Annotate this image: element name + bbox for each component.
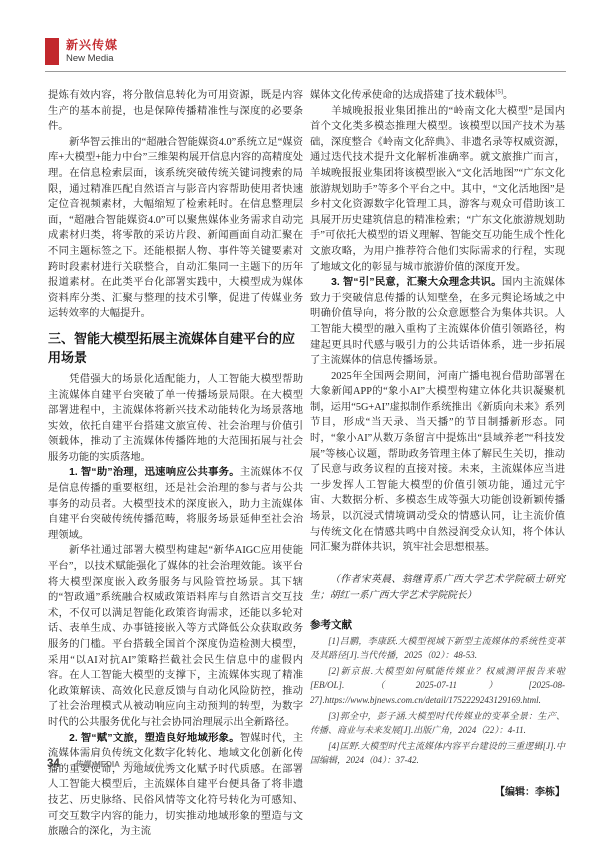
text-run: 新华社通过部署大模型构建起“新华AIGC应用使能平台”，以技术赋能强化了媒体的社… [48, 545, 303, 728]
paragraph: 新华社通过部署大模型构建起“新华AIGC应用使能平台”，以技术赋能强化了媒体的社… [48, 543, 303, 730]
journal-footer-issue: 2025.1（上） [124, 759, 172, 770]
article-column-right: 媒体文化传承使命的达成搭建了技术载体[5]。羊城晚报报业集团推出的“岭南文化大模… [310, 88, 565, 840]
text-run: 2025年全国两会期间，河南广播电视台借助部署在大象新闻APP的“象小AI”大模… [310, 371, 565, 554]
text-run: [3]郭全中，彭子涵.大模型时代传媒业的变革全景：生产、传播、商业与未来发展[J… [310, 711, 565, 735]
reference-item: [3]郭全中，彭子涵.大模型时代传媒业的变革全景：生产、传播、商业与未来发展[J… [310, 709, 565, 737]
editor-note: 【编辑：李栋】 [310, 786, 565, 800]
page-number: 34 [47, 758, 60, 770]
text-run: 提炼有效内容，将分散信息转化为可用资源，既是内容生产的基本前提，也是保障传播精准… [48, 90, 303, 132]
text-run: 凭借强大的场景化适配能力，人工智能大模型帮助主流媒体自建平台突破了单一传播场景局… [48, 374, 303, 463]
paragraph: 3. 智“引”民意，汇聚大众理念共识。国内主流媒体致力于突破信息传播的认知壁垒，… [310, 275, 565, 369]
bold-lead-text: 1. 智“助”治理，迅速响应公共事务。 [69, 467, 240, 478]
journal-logo-block [45, 38, 59, 65]
bold-lead-text: 2. 智“赋”文旅，塑造良好地域形象。 [69, 733, 240, 744]
text-run: 羊城晚报报业集团推出的“岭南文化大模型”是国内首个文化类多模态推理大模型。该模型… [310, 106, 565, 273]
paragraph: 2025年全国两会期间，河南广播电视台借助部署在大象新闻APP的“象小AI”大模… [310, 369, 565, 556]
text-run: （作者宋英晨、翁继青系广西大学艺术学院硕士研究生；胡红一系广西大学艺术学院院长） [310, 574, 565, 601]
journal-brand: 新兴传媒 New Media [66, 38, 118, 65]
paragraph: 新华智云推出的“超融合智能媒资4.0”系统立足“媒资库+大模型+能力中台”三维架… [48, 135, 303, 322]
text-run: [1]吕鹏，李康跃.大模型视域下新型主流媒体的系统性变革及其路径[J].当代传播… [310, 636, 565, 660]
paragraph: 提炼有效内容，将分散信息转化为可用资源，既是内容生产的基本前提，也是保障传播精准… [48, 88, 303, 135]
text-run: 新华智云推出的“超融合智能媒资4.0”系统立足“媒资库+大模型+能力中台”三维架… [48, 137, 303, 320]
section-heading: 三、智能大模型拓展主流媒体自建平台的应用场景 [48, 329, 303, 367]
paragraph: 媒体文化传承使命的达成搭建了技术载体[5]。 [310, 88, 565, 104]
text-run: 媒体文化传承使命的达成搭建了技术载体 [310, 90, 495, 101]
text-run: 主流媒体不仅是信息传播的重要枢纽，还是社会治理的参与者与公共事务的动员者。大模型… [48, 467, 303, 540]
journal-footer-name: 传媒∶MEDIA [76, 759, 120, 770]
text-run: 。 [503, 90, 513, 101]
reference-item: [1]吕鹏，李康跃.大模型视域下新型主流媒体的系统性变革及其路径[J].当代传播… [310, 634, 565, 662]
text-run: 参考文献 [310, 619, 352, 631]
text-run: 三、智能大模型拓展主流媒体自建平台的应用场景 [48, 331, 295, 365]
reference-item: [2]新京报.大模型如何赋能传媒业？权威测评报告来啦[EB/OL].（2025-… [310, 664, 565, 707]
text-run: 【编辑：李栋】 [495, 787, 565, 798]
paragraph: 2. 智“赋”文旅，塑造良好地域形象。智媒时代，主流媒体需肩负传统文化数字化转化… [48, 731, 303, 840]
text-run: 智媒时代，主流媒体需肩负传统文化数字化转化、地域文化创新化传播的重要使命，为地域… [48, 733, 303, 838]
bold-lead-text: 3. 智“引”民意，汇聚大众理念共识。 [331, 277, 502, 288]
article-column-left: 提炼有效内容，将分散信息转化为可用资源，既是内容生产的基本前提，也是保障传播精准… [48, 88, 303, 840]
header-divider [45, 71, 566, 72]
paragraph: 凭借强大的场景化适配能力，人工智能大模型帮助主流媒体自建平台突破了单一传播场景局… [48, 372, 303, 466]
paragraph: 羊城晚报报业集团推出的“岭南文化大模型”是国内首个文化类多模态推理大模型。该模型… [310, 104, 565, 276]
reference-item: [4]匡野.大模型时代主流媒体内容平台建设的三重逻辑[J].中国编辑，2024（… [310, 739, 565, 767]
citation-superscript: [5] [495, 89, 503, 96]
text-run: [2]新京报.大模型如何赋能传媒业？权威测评报告来啦[EB/OL].（2025-… [310, 666, 565, 704]
magazine-page: 新兴传媒 New Media 提炼有效内容，将分散信息转化为可用资源，既是内容生… [0, 0, 595, 842]
text-run: [4]匡野.大模型时代主流媒体内容平台建设的三重逻辑[J].中国编辑，2024（… [310, 741, 565, 765]
page-footer: 34 传媒∶MEDIA 2025.1（上） [47, 758, 172, 770]
journal-name-en: New Media [66, 53, 118, 65]
article-body: 提炼有效内容，将分散信息转化为可用资源，既是内容生产的基本前提，也是保障传播精准… [48, 88, 565, 840]
author-note: （作者宋英晨、翁继青系广西大学艺术学院硕士研究生；胡红一系广西大学艺术学院院长） [310, 572, 565, 604]
paragraph: 1. 智“助”治理，迅速响应公共事务。主流媒体不仅是信息传播的重要枢纽，还是社会… [48, 465, 303, 543]
text-run: 国内主流媒体致力于突破信息传播的认知壁垒，在多元舆论场域之中明确价值导向，将分散… [310, 277, 565, 366]
journal-name-cn: 新兴传媒 [66, 38, 118, 52]
references-heading: 参考文献 [310, 618, 565, 632]
journal-header: 新兴传媒 New Media [45, 38, 118, 65]
